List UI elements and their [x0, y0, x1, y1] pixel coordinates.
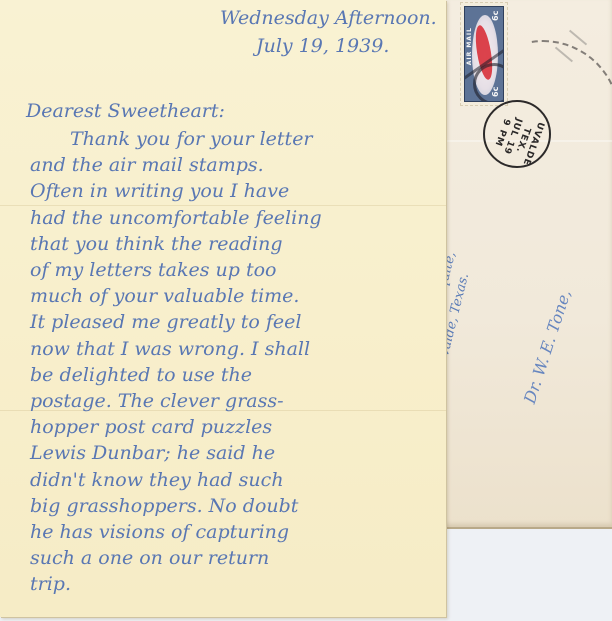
letter-line: Lewis Dunbar; he said he — [30, 440, 440, 466]
letter-date-block: Wednesday Afternoon. July 19, 1939. — [220, 4, 440, 60]
letter-weekday: Wednesday Afternoon. — [220, 4, 440, 32]
stamp-frame: 6c AIR MAIL 6c — [464, 6, 504, 102]
air-mail-stamp: 6c AIR MAIL 6c — [460, 2, 508, 106]
letter-line: had the uncomfortable feeling — [30, 205, 440, 231]
handwritten-letter: Wednesday Afternoon. July 19, 1939. Dear… — [0, 0, 446, 617]
letter-line: of my letters takes up too — [30, 257, 440, 283]
letter-line: now that I was wrong. I shall — [30, 336, 440, 362]
letter-line: be delighted to use the — [30, 362, 440, 388]
stamp-label: AIR MAIL — [466, 27, 474, 65]
letter-line: he has visions of capturing — [30, 519, 440, 545]
letter-line: Often in writing you I have — [30, 178, 440, 204]
letter-line: that you think the reading — [30, 231, 440, 257]
letter-line: Thank you for your letter — [30, 126, 440, 152]
letter-line: such a one on our return — [30, 545, 440, 571]
letter-line: trip. — [30, 571, 440, 597]
letter-line: big grasshoppers. No doubt — [30, 493, 440, 519]
letter-salutation: Dearest Sweetheart: — [26, 100, 225, 122]
envelope: 6c AIR MAIL 6c UVALDE TEX. JUL 19 9 PM 3… — [440, 0, 612, 529]
letter-line: postage. The clever grass- — [30, 388, 440, 414]
letter-line: It pleased me greatly to feel — [30, 309, 440, 335]
letter-line: and the air mail stamps. — [30, 152, 440, 178]
letter-line: much of your valuable time. — [30, 283, 440, 309]
letter-date: July 19, 1939. — [256, 32, 440, 60]
recipient-name: Dr. W. E. Tone, — [520, 153, 612, 406]
letter-body: Thank you for your letter and the air ma… — [30, 126, 440, 598]
letter-line: hopper post card puzzles — [30, 414, 440, 440]
letter-line: didn't know they had such — [30, 467, 440, 493]
stamp-value-top: 6c — [491, 9, 501, 23]
